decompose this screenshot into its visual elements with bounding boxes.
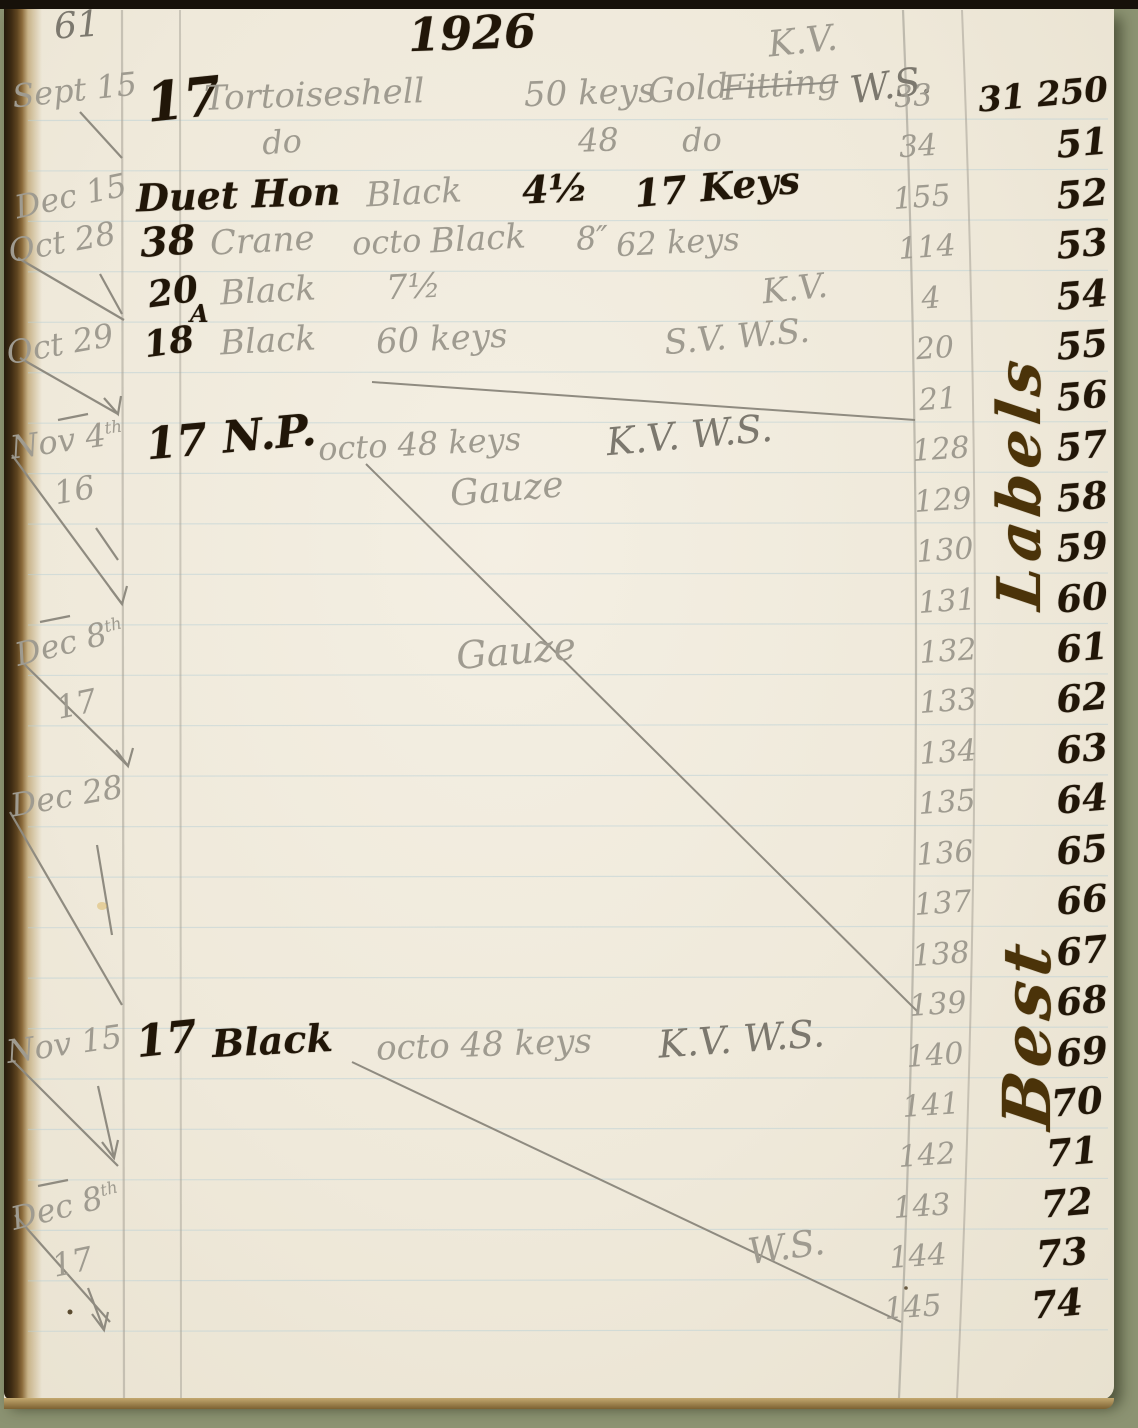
entry-kv_top: K.V. xyxy=(766,20,839,63)
entry-r5_black: Black xyxy=(219,272,316,311)
scan-edge-top xyxy=(0,0,1138,9)
entry-r13_gauze: Gauze xyxy=(455,627,578,675)
entry-r20_qty: 17 xyxy=(134,1015,199,1065)
entry-r1_keys: 50 keys xyxy=(523,74,656,113)
margin-date: 17 xyxy=(49,1242,95,1282)
batch-number: 129 xyxy=(897,482,989,518)
batch-number: 139 xyxy=(892,987,984,1023)
entry-r2_do1: do xyxy=(261,125,303,160)
batch-number: 141 xyxy=(885,1088,977,1124)
entry-r2_do2: do xyxy=(681,123,722,156)
entry-r3_black: Black xyxy=(365,174,462,213)
entry-r2_48: 48 xyxy=(577,123,619,156)
batch-number: 33 xyxy=(867,79,959,115)
entry-folio: 61 xyxy=(53,6,101,45)
margin-date: 16 xyxy=(52,471,98,510)
batch-number: 145 xyxy=(867,1290,959,1326)
entry-r6_keys: 60 keys xyxy=(375,319,508,360)
entry-r4_black: Black xyxy=(429,220,526,259)
entry-r1_gold: Gold xyxy=(647,69,729,109)
entry-r5_kv: K.V. xyxy=(760,269,829,310)
batch-number: 140 xyxy=(889,1037,981,1073)
entry-r4_keys: 62 keys xyxy=(615,223,740,261)
entry-r1_fitting: Fitting xyxy=(721,64,839,106)
entry-r4_octo: octo xyxy=(351,224,422,260)
entry-r9_gauze: Gauze xyxy=(449,467,565,513)
batch-number: 21 xyxy=(892,382,984,418)
margin-date: 17 xyxy=(53,684,99,724)
batch-number: 155 xyxy=(876,180,968,216)
entry-r8_desc: octo 48 keys xyxy=(317,423,522,466)
entry-r3_duet: Duet Hon xyxy=(135,172,341,217)
batch-number: 138 xyxy=(895,937,987,973)
vertical-note-labels-word: Labels xyxy=(990,255,1050,708)
entry-r5_size: 7½ xyxy=(385,269,441,306)
batch-number: 4 xyxy=(885,281,977,317)
entry-r1_desc: Tortoiseshell xyxy=(203,74,425,116)
entry-r4_size: 8″ xyxy=(575,221,609,255)
entry-r4_crane: Crane xyxy=(209,221,315,260)
vertical-note-best-word: Best xyxy=(994,881,1060,1185)
entry-r6_a: A xyxy=(190,302,209,326)
margin-date-text: 16 xyxy=(51,468,98,512)
entry-r3_size: 4½ xyxy=(521,168,589,209)
batch-number: 143 xyxy=(876,1189,968,1225)
page-bottom-edge xyxy=(4,1398,1114,1409)
entry-year: 1926 xyxy=(407,8,537,58)
entry-r20_kvws: K.V. W.S. xyxy=(657,1014,826,1064)
serial-number: 31 250 xyxy=(977,72,1109,117)
entry-r6_black: Black xyxy=(219,322,316,361)
entry-r4_qty: 38 xyxy=(139,220,197,264)
ledger-page-scan: 611926K.V.17Tortoiseshell50 keysGoldFitt… xyxy=(0,0,1138,1428)
margin-date-superscript: th xyxy=(103,417,123,438)
entry-r6_qty: 18 xyxy=(142,321,197,364)
entry-r20_desc: octo 48 keys xyxy=(375,1024,592,1066)
entry-r20_black: Black xyxy=(211,1019,333,1063)
